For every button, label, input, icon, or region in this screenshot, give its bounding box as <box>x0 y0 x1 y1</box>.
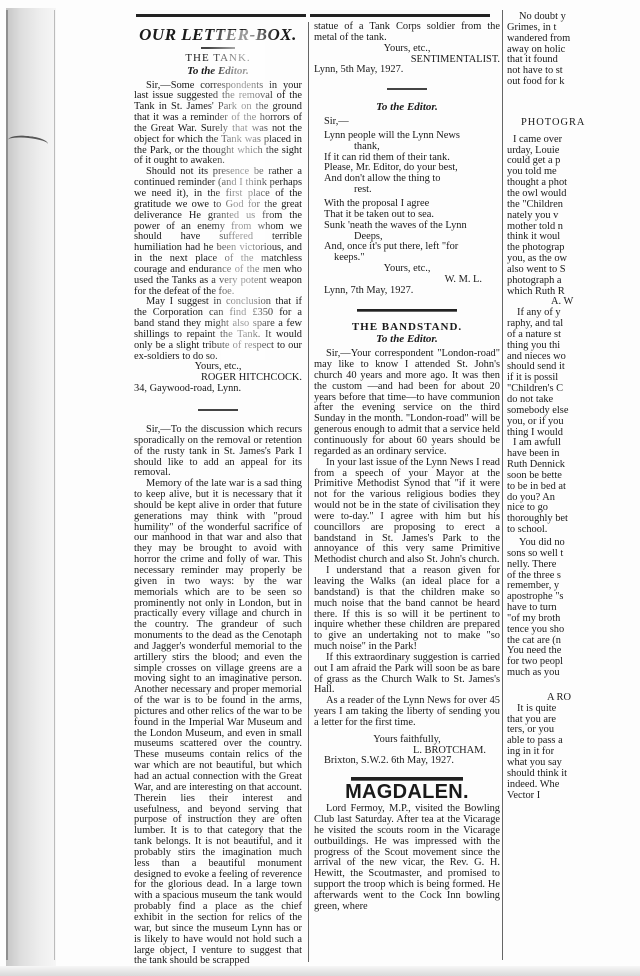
section-heading-magdalen: MAGDALEN. <box>314 787 500 798</box>
text-line: which Ruth R <box>507 287 640 298</box>
letter-paragraph: Sir,—Your correspondent "London-road" ma… <box>314 349 500 457</box>
text-line: It is quite <box>507 704 640 715</box>
scan-bottom-edge <box>0 966 640 976</box>
letter-paragraph: Memory of the late war is a sad thing to… <box>134 479 302 967</box>
section-heading: PHOTOGRA <box>507 118 640 129</box>
text-line: thing you thi <box>507 341 640 352</box>
letter-paragraph: I understand that a reason given for lea… <box>314 566 500 653</box>
letter-closing: Yours, etc., <box>314 44 500 55</box>
text-line: to be in bed at <box>507 482 640 493</box>
column-3-cropped: No doubt yGrimes, in twandered fromaway … <box>507 0 640 966</box>
letter-paragraph: Should not its presence be rather a cont… <box>134 167 302 297</box>
text-line: nately you v <box>507 211 640 222</box>
letter-dateline: Lynn, 5th May, 1927. <box>314 65 500 76</box>
text-line: I came over <box>507 135 640 146</box>
text-line: nelly. There <box>507 560 640 571</box>
ornament-rule <box>201 47 235 49</box>
scan-margin-fold <box>54 10 55 960</box>
text-line: tence you sho <box>507 625 640 636</box>
column-3-content: No doubt yGrimes, in twandered fromaway … <box>507 0 640 801</box>
letter-subheading: To the Editor. <box>134 66 302 77</box>
section-title: OUR LETTER-BOX. <box>134 30 302 41</box>
verse-line: thank, <box>314 142 500 153</box>
news-paragraph: Lord Fermoy, M.P., visited the Bowling C… <box>314 804 500 912</box>
verse-line: And don't allow the thing to <box>314 174 500 185</box>
verse-salutation: Sir,— <box>314 117 500 128</box>
text-line: Vector I <box>507 791 640 802</box>
verse-line: Lynn people will the Lynn News <box>314 131 500 142</box>
scan-margin-shadow <box>6 8 56 968</box>
column-divider-2 <box>502 10 503 960</box>
separator-rule <box>387 88 427 90</box>
verse-line: rest. <box>314 185 500 196</box>
letter-paragraph: May I suggest in conclusion that if the … <box>134 297 302 362</box>
column-1: OUR LETTER-BOX. THE TANK. To the Editor.… <box>134 0 302 967</box>
letter-paragraph: Sir,—To the discussion which recurs spor… <box>134 425 302 479</box>
text-line: out food for k <box>507 77 640 88</box>
letter-closing: Yours faithfully, <box>314 735 500 746</box>
letter-heading: THE TANK. <box>134 53 302 64</box>
column-2: statue of a Tank Corps soldier from the … <box>314 0 500 913</box>
column-divider-1 <box>308 22 309 962</box>
letter-heading: THE BANDSTAND. <box>314 322 500 333</box>
letter-paragraph: If this extraordinary suggestion is carr… <box>314 653 500 696</box>
text-line: wandered from <box>507 34 640 45</box>
text-line: indeed. Whe <box>507 780 640 791</box>
letter-subheading: To the Editor. <box>314 334 500 345</box>
letter-subheading: To the Editor. <box>314 102 500 113</box>
letter-dateline: Brixton, S.W.2. 6th May, 1927. <box>314 756 500 767</box>
letter-paragraph: In your last issue of the Lynn News I re… <box>314 458 500 566</box>
letter-address: 34, Gaywood-road, Lynn. <box>134 384 302 395</box>
text-line: photograph a <box>507 276 640 287</box>
text-line: you, or if you <box>507 417 640 428</box>
continuation-text: statue of a Tank Corps soldier from the … <box>314 22 500 44</box>
letter-paragraph: As a reader of the Lynn News for over 45… <box>314 696 500 729</box>
letter-dateline: Lynn, 7th May, 1927. <box>314 286 500 297</box>
text-line: much as you <box>507 668 640 679</box>
newspaper-page-scan: OUR LETTER-BOX. THE TANK. To the Editor.… <box>0 0 640 976</box>
letter-paragraph: Sir,—Some correspondents in your last is… <box>134 81 302 168</box>
separator-rule <box>198 409 238 411</box>
verse-line: Sunk 'neath the waves of the Lynn <box>314 221 500 232</box>
separator-rule <box>357 309 457 312</box>
scan-margin-edge <box>6 10 8 960</box>
text-line: to school. <box>507 525 640 536</box>
verse-letter: Sir,— Lynn people will the Lynn News tha… <box>314 117 500 264</box>
